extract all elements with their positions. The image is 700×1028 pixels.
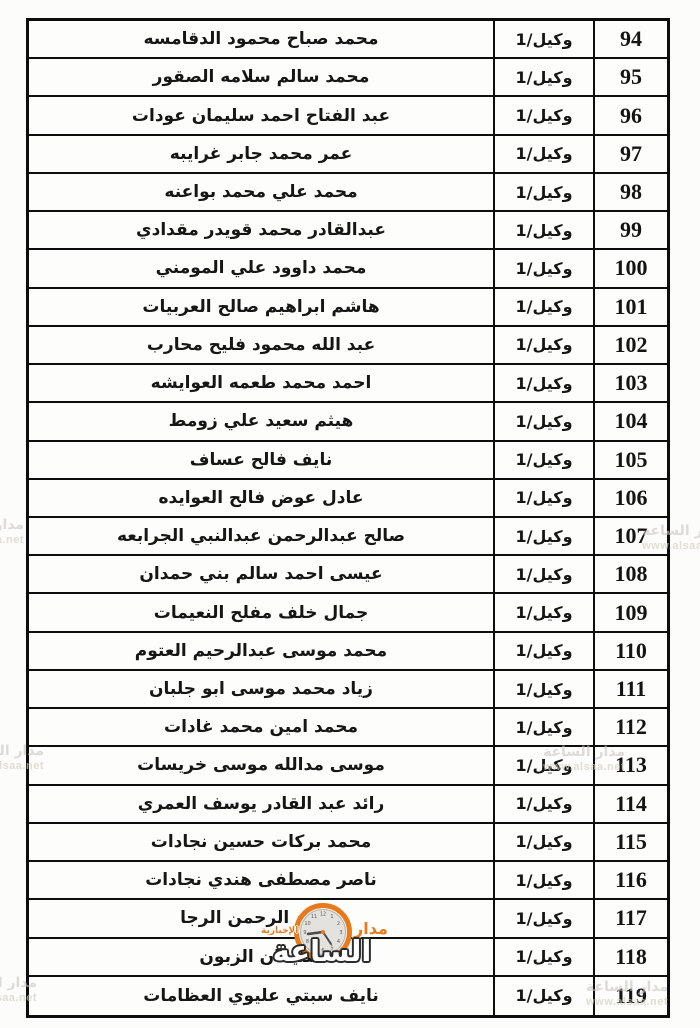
- rank-label: وكيل/1: [495, 97, 595, 133]
- rank-label: وكيل/1: [495, 633, 595, 669]
- officer-name: صالح عبدالرحمن عبدالنبي الجرابعه: [29, 518, 495, 554]
- rank-label: وكيل/1: [495, 59, 595, 95]
- table-row: عبد الله محمود فليح محارب وكيل/1 102: [29, 327, 667, 365]
- officer-name: رائد عبد القادر يوسف العمري: [29, 786, 495, 822]
- row-number: 118: [595, 939, 667, 975]
- row-number: 102: [595, 327, 667, 363]
- rank-label: وكيل/1: [495, 862, 595, 898]
- table-row: احمد محمد طعمه العوايشه وكيل/1 103: [29, 365, 667, 403]
- officer-name: عبدالقادر محمد قويدر مقدادي: [29, 212, 495, 248]
- rank-label: وكيل/1: [495, 709, 595, 745]
- rank-label: وكيل/1: [495, 556, 595, 592]
- table-row: م عبد الرحمن الرجا وكيل/1 117: [29, 900, 667, 938]
- row-number: 114: [595, 786, 667, 822]
- officer-name: احمد محمد طعمه العوايشه: [29, 365, 495, 401]
- table-row: محمد امين محمد غادات وكيل/1 112: [29, 709, 667, 747]
- rank-label: وكيل/1: [495, 518, 595, 554]
- row-number: 94: [595, 21, 667, 57]
- table-row: هاشم ابراهيم صالح العربيات وكيل/1 101: [29, 289, 667, 327]
- rank-label: وكيل/1: [495, 786, 595, 822]
- table-row: سليمان الزبون وكيل/1 118: [29, 939, 667, 977]
- site-watermark: مدار الساعة www.alsaa.net: [0, 518, 24, 548]
- table-row: نايف فالح عساف وكيل/1 105: [29, 442, 667, 480]
- officer-name: سليمان الزبون: [29, 939, 495, 975]
- row-number: 107: [595, 518, 667, 554]
- officer-name: زياد محمد موسى ابو جلبان: [29, 671, 495, 707]
- table-row: نايف سبتي عليوي العظامات وكيل/1 119: [29, 977, 667, 1015]
- officer-name: عبد الله محمود فليح محارب: [29, 327, 495, 363]
- officer-name: هيثم سعيد علي زومط: [29, 403, 495, 439]
- rank-label: وكيل/1: [495, 594, 595, 630]
- watermark-site-name: مدار الساعة: [0, 518, 24, 533]
- rank-label: وكيل/1: [495, 212, 595, 248]
- officer-name: جمال خلف مفلح النعيمات: [29, 594, 495, 630]
- row-number: 109: [595, 594, 667, 630]
- row-number: 108: [595, 556, 667, 592]
- watermark-site-url: www.alsaa.net: [0, 533, 24, 548]
- officer-name: عبد الفتاح احمد سليمان عودات: [29, 97, 495, 133]
- table-row: محمد بركات حسين نجادات وكيل/1 115: [29, 824, 667, 862]
- rank-label: وكيل/1: [495, 671, 595, 707]
- rank-label: وكيل/1: [495, 747, 595, 783]
- row-number: 117: [595, 900, 667, 936]
- rank-label: وكيل/1: [495, 824, 595, 860]
- row-number: 101: [595, 289, 667, 325]
- table-row: محمد موسى عبدالرحيم العتوم وكيل/1 110: [29, 633, 667, 671]
- row-number: 104: [595, 403, 667, 439]
- table-row: عيسى احمد سالم بني حمدان وكيل/1 108: [29, 556, 667, 594]
- officer-name: موسى مدالله موسى خريسات: [29, 747, 495, 783]
- rank-label: وكيل/1: [495, 327, 595, 363]
- row-number: 105: [595, 442, 667, 478]
- table-row: محمد داوود علي المومني وكيل/1 100: [29, 250, 667, 288]
- officer-name: عمر محمد جابر غرايبه: [29, 136, 495, 172]
- table-row: عبدالقادر محمد قويدر مقدادي وكيل/1 99: [29, 212, 667, 250]
- rank-label: وكيل/1: [495, 289, 595, 325]
- row-number: 95: [595, 59, 667, 95]
- row-number: 112: [595, 709, 667, 745]
- officer-name: محمد داوود علي المومني: [29, 250, 495, 286]
- table-row: زياد محمد موسى ابو جلبان وكيل/1 111: [29, 671, 667, 709]
- row-number: 111: [595, 671, 667, 707]
- officer-name: محمد بركات حسين نجادات: [29, 824, 495, 860]
- row-number: 116: [595, 862, 667, 898]
- roster-table-rows: محمد صباح محمود الدقامسه وكيل/1 94 محمد …: [29, 21, 667, 1015]
- table-row: ناصر مصطفى هندي نجادات وكيل/1 116: [29, 862, 667, 900]
- row-number: 96: [595, 97, 667, 133]
- rank-label: وكيل/1: [495, 442, 595, 478]
- table-row: عبد الفتاح احمد سليمان عودات وكيل/1 96: [29, 97, 667, 135]
- officer-name: محمد موسى عبدالرحيم العتوم: [29, 633, 495, 669]
- officer-name: م عبد الرحمن الرجا: [29, 900, 495, 936]
- table-row: موسى مدالله موسى خريسات وكيل/1 113: [29, 747, 667, 785]
- row-number: 110: [595, 633, 667, 669]
- table-row: رائد عبد القادر يوسف العمري وكيل/1 114: [29, 786, 667, 824]
- row-number: 106: [595, 480, 667, 516]
- table-row: عادل عوض فالح العوايده وكيل/1 106: [29, 480, 667, 518]
- table-row: عمر محمد جابر غرايبه وكيل/1 97: [29, 136, 667, 174]
- rank-label: وكيل/1: [495, 900, 595, 936]
- officer-name: محمد صباح محمود الدقامسه: [29, 21, 495, 57]
- row-number: 100: [595, 250, 667, 286]
- rank-label: وكيل/1: [495, 250, 595, 286]
- row-number: 103: [595, 365, 667, 401]
- table-row: محمد سالم سلامه الصقور وكيل/1 95: [29, 59, 667, 97]
- officer-name: محمد امين محمد غادات: [29, 709, 495, 745]
- rank-label: وكيل/1: [495, 21, 595, 57]
- officer-name: محمد علي محمد بواعنه: [29, 174, 495, 210]
- row-number: 97: [595, 136, 667, 172]
- officer-name: نايف سبتي عليوي العظامات: [29, 977, 495, 1015]
- table-row: محمد صباح محمود الدقامسه وكيل/1 94: [29, 21, 667, 59]
- rank-label: وكيل/1: [495, 365, 595, 401]
- rank-label: وكيل/1: [495, 403, 595, 439]
- table-row: جمال خلف مفلح النعيمات وكيل/1 109: [29, 594, 667, 632]
- officer-name: عادل عوض فالح العوايده: [29, 480, 495, 516]
- officer-name: نايف فالح عساف: [29, 442, 495, 478]
- officer-name: ناصر مصطفى هندي نجادات: [29, 862, 495, 898]
- table-row: محمد علي محمد بواعنه وكيل/1 98: [29, 174, 667, 212]
- rank-label: وكيل/1: [495, 174, 595, 210]
- row-number: 98: [595, 174, 667, 210]
- rank-label: وكيل/1: [495, 136, 595, 172]
- rank-label: وكيل/1: [495, 480, 595, 516]
- officer-name: هاشم ابراهيم صالح العربيات: [29, 289, 495, 325]
- roster-table: محمد صباح محمود الدقامسه وكيل/1 94 محمد …: [26, 18, 670, 1018]
- officer-name: محمد سالم سلامه الصقور: [29, 59, 495, 95]
- row-number: 115: [595, 824, 667, 860]
- officer-name: عيسى احمد سالم بني حمدان: [29, 556, 495, 592]
- row-number: 99: [595, 212, 667, 248]
- rank-label: وكيل/1: [495, 977, 595, 1015]
- row-number: 119: [595, 977, 667, 1015]
- row-number: 113: [595, 747, 667, 783]
- rank-label: وكيل/1: [495, 939, 595, 975]
- table-row: هيثم سعيد علي زومط وكيل/1 104: [29, 403, 667, 441]
- table-row: صالح عبدالرحمن عبدالنبي الجرابعه وكيل/1 …: [29, 518, 667, 556]
